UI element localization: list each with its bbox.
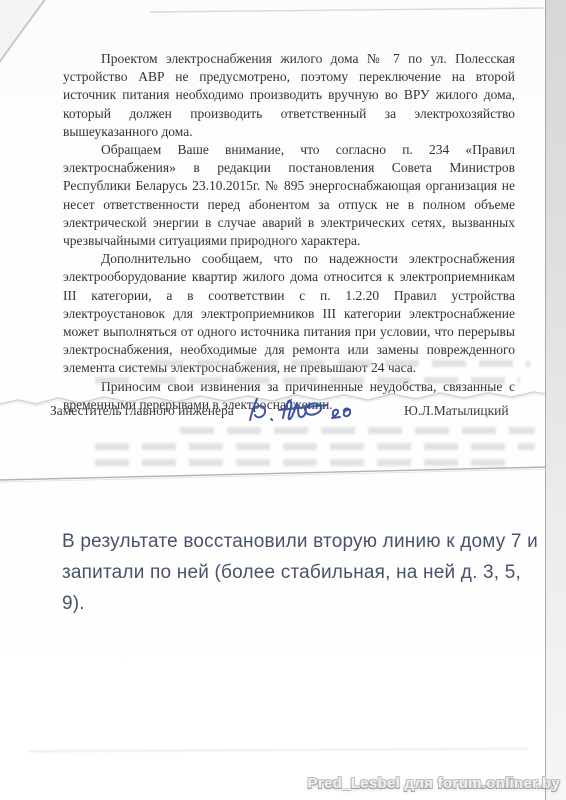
bleed-through-line [95, 459, 510, 466]
bleed-through-line [95, 443, 535, 450]
scanned-letter-page: Проектом электроснабжения жилого дома № … [0, 0, 566, 800]
signature-title: Заместитель главного инженера [50, 403, 234, 419]
bleed-through-line [150, 360, 530, 367]
paragraph-category-3: Дополнительно сообщаем, что по надежност… [63, 250, 515, 377]
paragraph-avr: Проектом электроснабжения жилого дома № … [63, 50, 515, 141]
signature-name: Ю.Л.Матылицкий [404, 403, 509, 419]
note-line-2: запитали по ней (более стабильная, на не… [62, 557, 542, 619]
scan-smudge [28, 748, 528, 753]
scan-edge-strip [545, 0, 566, 800]
note-line-1: В результате восстановили вторую линию к… [62, 526, 542, 557]
paragraph-rules-234: Обращаем Ваше внимание, что согласно п. … [63, 141, 515, 250]
bleed-through-line [95, 377, 520, 384]
paper-cut-line [0, 467, 546, 480]
handwritten-signature [243, 392, 363, 430]
restoration-note: В результате восстановили вторую линию к… [62, 526, 542, 619]
watermark-text: Pred_Lesbel для forum.onliner.by [308, 775, 560, 792]
